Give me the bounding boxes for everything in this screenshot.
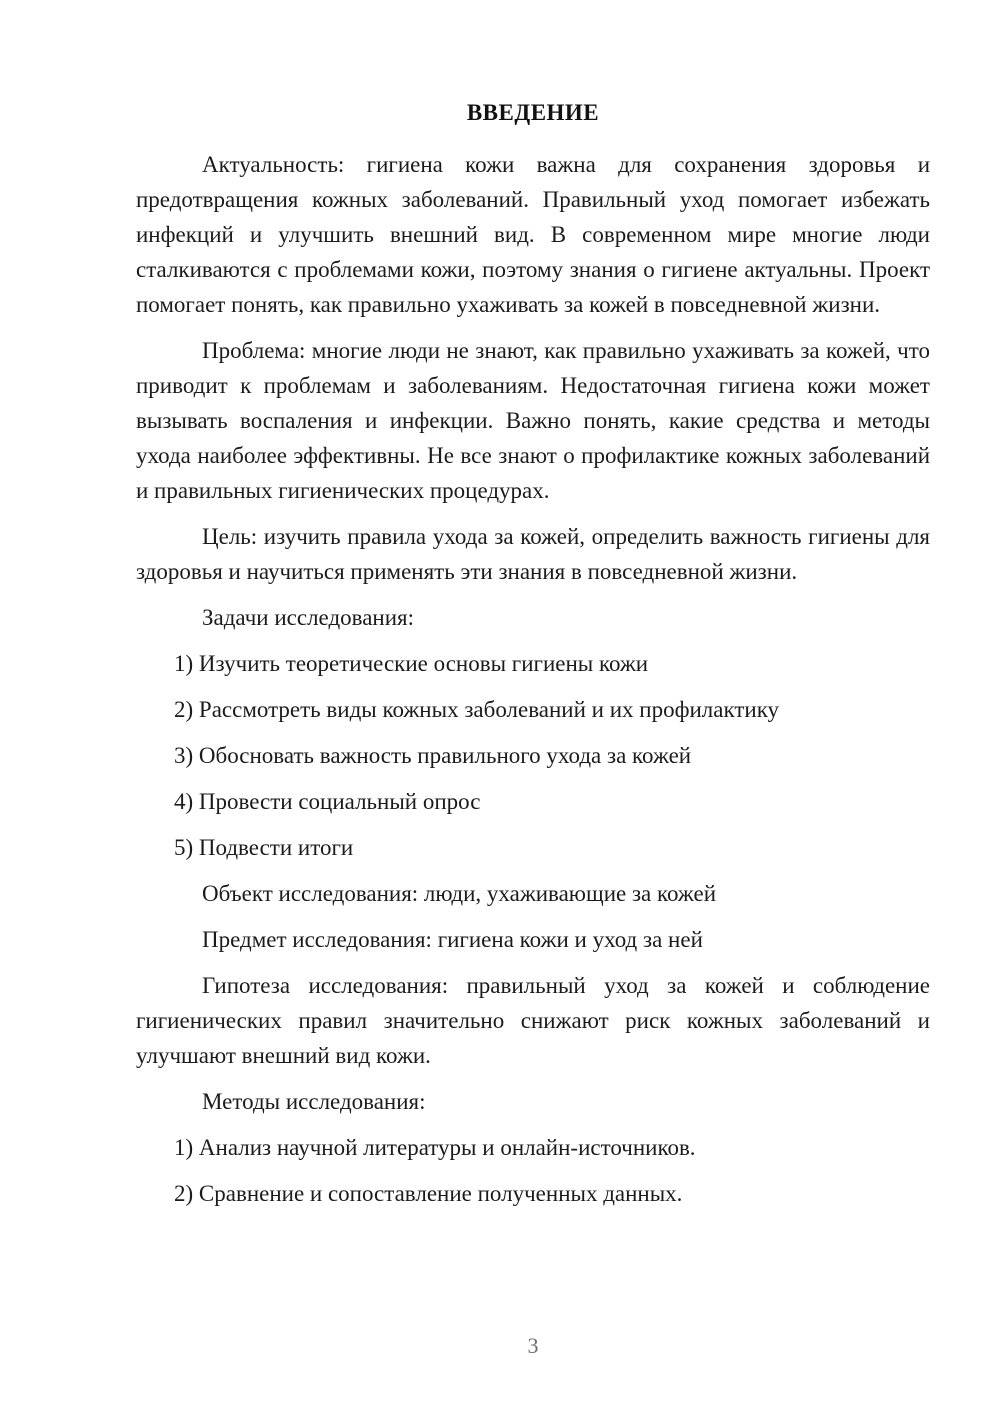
task-item-3: 3) Обосновать важность правильного ухода… (136, 738, 930, 773)
paragraph-subject: Предмет исследования: гигиена кожи и ухо… (136, 922, 930, 957)
paragraph-goal: Цель: изучить правила ухода за кожей, оп… (136, 519, 930, 589)
document-body: Актуальность: гигиена кожи важна для сох… (136, 147, 930, 1211)
method-item-2: 2) Сравнение и сопоставление полученных … (136, 1176, 930, 1211)
method-item-1: 1) Анализ научной литературы и онлайн-ис… (136, 1130, 930, 1165)
task-item-1: 1) Изучить теоретические основы гигиены … (136, 646, 930, 681)
task-item-4: 4) Провести социальный опрос (136, 784, 930, 819)
paragraph-hypothesis: Гипотеза исследования: правильный уход з… (136, 968, 930, 1073)
page-title: ВВЕДЕНИЕ (136, 95, 930, 130)
paragraph-tasks-heading: Задачи исследования: (136, 600, 930, 635)
page-number: 3 (136, 1328, 930, 1363)
task-item-5: 5) Подвести итоги (136, 830, 930, 865)
document-page: ВВЕДЕНИЕ Актуальность: гигиена кожи важн… (0, 0, 1000, 1414)
paragraph-relevance: Актуальность: гигиена кожи важна для сох… (136, 147, 930, 322)
paragraph-problem: Проблема: многие люди не знают, как прав… (136, 333, 930, 508)
paragraph-methods-heading: Методы исследования: (136, 1084, 930, 1119)
paragraph-object: Объект исследования: люди, ухаживающие з… (136, 876, 930, 911)
task-item-2: 2) Рассмотреть виды кожных заболеваний и… (136, 692, 930, 727)
